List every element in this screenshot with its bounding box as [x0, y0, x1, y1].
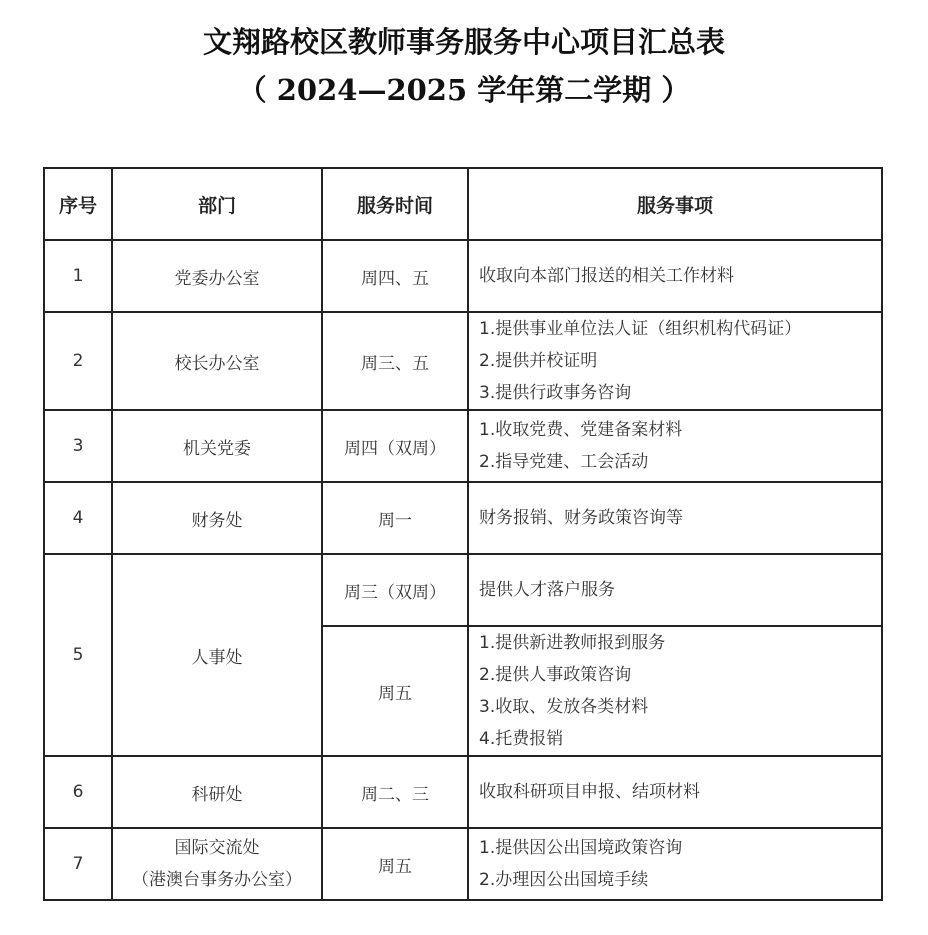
row-time: 周三、五 — [322, 312, 468, 410]
row-no: 4 — [44, 482, 112, 554]
row-dept: 人事处 — [112, 554, 322, 756]
service-table: 序号 部门 服务时间 服务事项 1 党委办公室 周四、五 收取向本部门报送的相关… — [43, 167, 883, 901]
row-time: 周二、三 — [322, 756, 468, 828]
table-row: 2 校长办公室 周三、五 1.提供事业单位法人证（组织机构代码证） 2.提供并校… — [44, 312, 882, 410]
table-row: 6 科研处 周二、三 收取科研项目申报、结项材料 — [44, 756, 882, 828]
row-time: 周三（双周） — [322, 554, 468, 626]
row-no: 5 — [44, 554, 112, 756]
row-items: 财务报销、财务政策咨询等 — [468, 482, 882, 554]
row-no: 6 — [44, 756, 112, 828]
row-dept: 科研处 — [112, 756, 322, 828]
header-dept: 部门 — [112, 168, 322, 240]
document-subtitle: （ 2024—2025 学年第二学期 ） — [0, 68, 928, 109]
row-no: 2 — [44, 312, 112, 410]
row-items: 收取向本部门报送的相关工作材料 — [468, 240, 882, 312]
header-no: 序号 — [44, 168, 112, 240]
row-time: 周五 — [322, 828, 468, 900]
header-time: 服务时间 — [322, 168, 468, 240]
row-dept: 校长办公室 — [112, 312, 322, 410]
row-no: 1 — [44, 240, 112, 312]
row-items: 收取科研项目申报、结项材料 — [468, 756, 882, 828]
row-time: 周四、五 — [322, 240, 468, 312]
row-time: 周一 — [322, 482, 468, 554]
row-no: 7 — [44, 828, 112, 900]
table-row: 3 机关党委 周四（双周） 1.收取党费、党建备案材料 2.指导党建、工会活动 — [44, 410, 882, 482]
row-items: 1.提供事业单位法人证（组织机构代码证） 2.提供并校证明 3.提供行政事务咨询 — [468, 312, 882, 410]
header-items: 服务事项 — [468, 168, 882, 240]
row-dept: 机关党委 — [112, 410, 322, 482]
table-header-row: 序号 部门 服务时间 服务事项 — [44, 168, 882, 240]
document-title: 文翔路校区教师事务服务中心项目汇总表 — [0, 20, 928, 61]
row-time: 周四（双周） — [322, 410, 468, 482]
table-row: 7 国际交流处 （港澳台事务办公室） 周五 1.提供因公出国境政策咨询 2.办理… — [44, 828, 882, 900]
row-items: 1.收取党费、党建备案材料 2.指导党建、工会活动 — [468, 410, 882, 482]
row-items: 提供人才落户服务 — [468, 554, 882, 626]
table-row: 1 党委办公室 周四、五 收取向本部门报送的相关工作材料 — [44, 240, 882, 312]
row-items: 1.提供因公出国境政策咨询 2.办理因公出国境手续 — [468, 828, 882, 900]
row-no: 3 — [44, 410, 112, 482]
row-items: 1.提供新进教师报到服务 2.提供人事政策咨询 3.收取、发放各类材料 4.托费… — [468, 626, 882, 756]
table-row: 5 人事处 周三（双周） 提供人才落户服务 — [44, 554, 882, 626]
row-time: 周五 — [322, 626, 468, 756]
row-dept: 党委办公室 — [112, 240, 322, 312]
row-dept: 财务处 — [112, 482, 322, 554]
table-row: 4 财务处 周一 财务报销、财务政策咨询等 — [44, 482, 882, 554]
row-dept: 国际交流处 （港澳台事务办公室） — [112, 828, 322, 900]
